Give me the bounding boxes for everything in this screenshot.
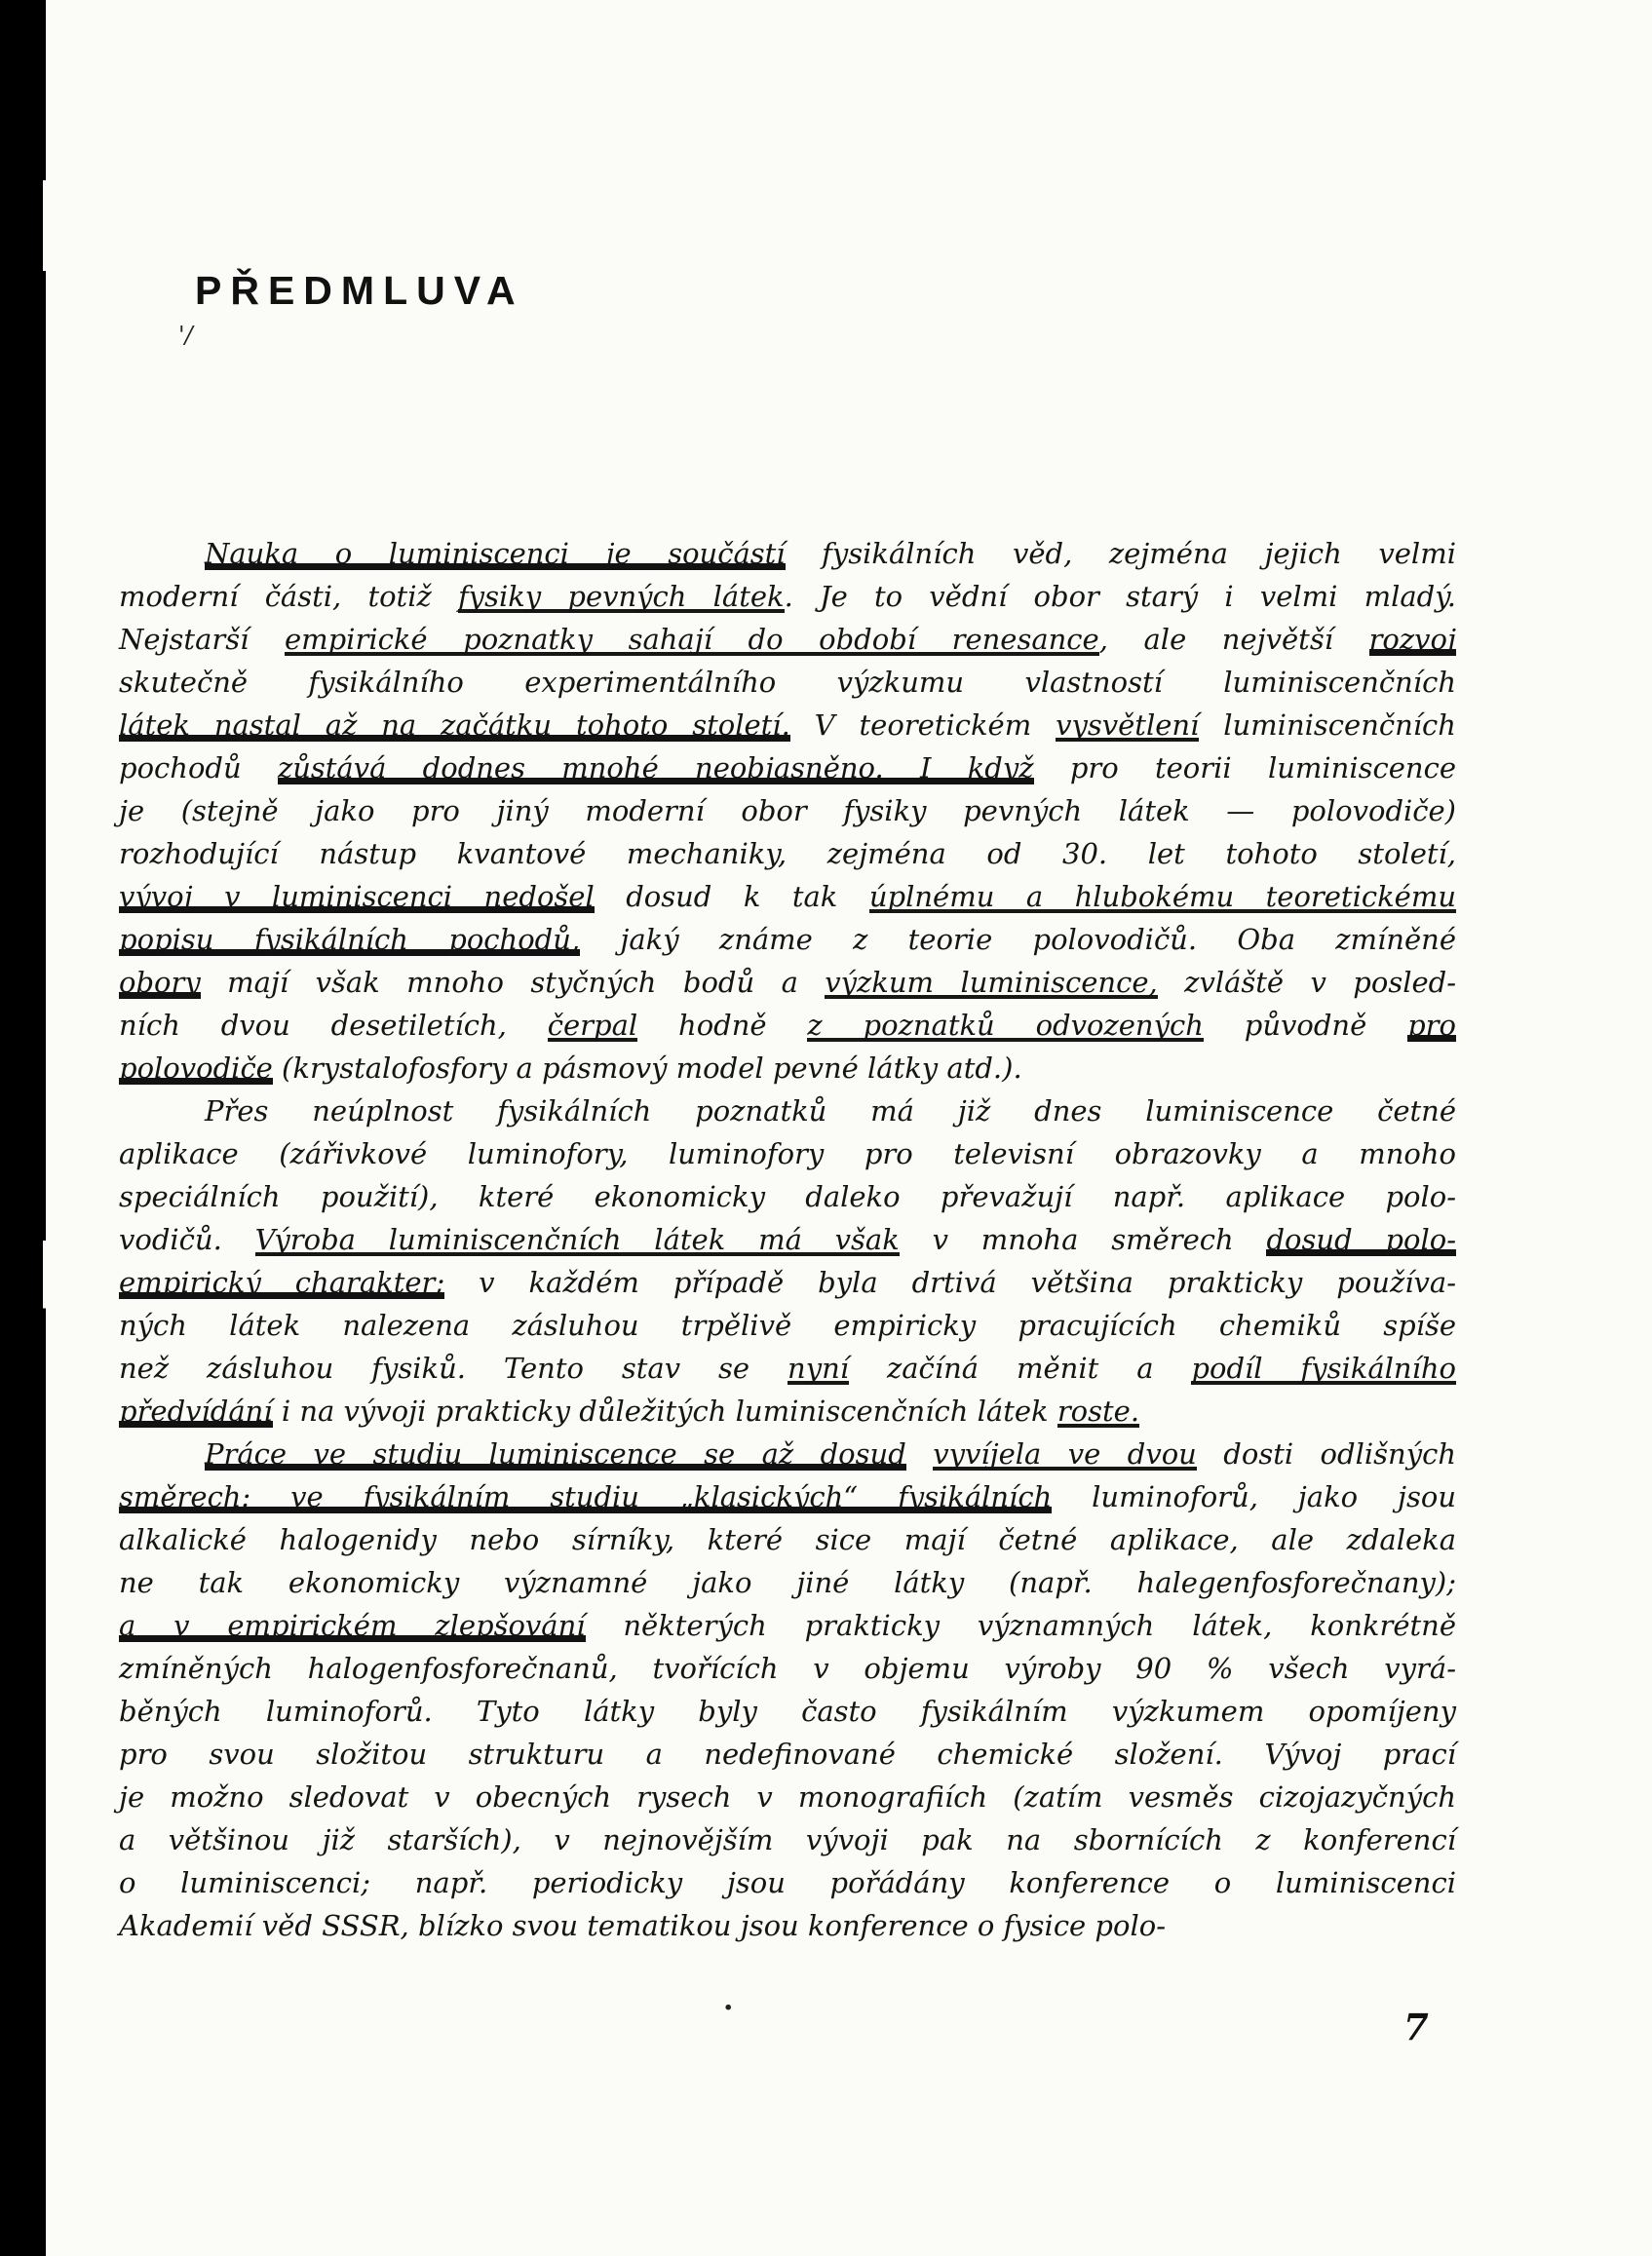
underlined-phrase: předvídání <box>119 1395 273 1428</box>
text-segment: ne tak ekonomicky významné jako jiné lát… <box>119 1566 1456 1599</box>
text-line: směrech: ve fysikálním studiu „klasickýc… <box>119 1475 1456 1518</box>
text-segment: V teoretickém <box>790 708 1056 742</box>
underlined-phrase: popisu fysikálních pochodů, <box>119 923 580 956</box>
underlined-phrase: empirické poznatky sahají do období rene… <box>285 623 1099 656</box>
text-line: je (stejně jako pro jiný moderní obor fy… <box>119 789 1456 832</box>
text-segment: pro svou složitou strukturu a nedefinova… <box>119 1738 1456 1771</box>
text-segment: , ale největší <box>1099 623 1369 656</box>
text-line: alkalické halogenidy nebo sírníky, které… <box>119 1518 1456 1561</box>
text-line: pro svou složitou strukturu a nedefinova… <box>119 1733 1456 1776</box>
text-line: a v empirickém zlepšování některých prak… <box>119 1604 1456 1647</box>
underlined-phrase: roste. <box>1057 1395 1139 1428</box>
text-line: Nejstarší empirické poznatky sahají do o… <box>119 618 1456 661</box>
underlined-phrase: rozvoj <box>1369 623 1456 656</box>
text-segment: pro teorii luminiscence <box>1034 751 1456 784</box>
text-segment: (krystalofosfory a pásmový model pevné l… <box>273 1052 1022 1085</box>
underlined-phrase: vývoj v luminiscenci nedošel <box>119 880 595 913</box>
text-line: speciálních použití), které ekonomicky d… <box>119 1175 1456 1218</box>
text-segment: Přes neúplnost fysikálních poznatků má j… <box>205 1094 1456 1128</box>
text-line: Přes neúplnost fysikálních poznatků má j… <box>119 1090 1456 1132</box>
text-segment: mají však mnoho styčných bodů a <box>201 966 826 999</box>
text-segment: zvláště v posled- <box>1158 966 1456 999</box>
text-segment: skutečně fysikálního experimentálního vý… <box>119 666 1456 699</box>
text-line: zmíněných halogenfosforečnanů, tvořících… <box>119 1647 1456 1690</box>
text-line: moderní části, totiž fysiky pevných láte… <box>119 575 1456 618</box>
text-segment: je (stejně jako pro jiný moderní obor fy… <box>119 794 1456 827</box>
text-segment: speciálních použití), které ekonomicky d… <box>119 1180 1456 1213</box>
text-line: rozhodující nástup kvantové mechaniky, z… <box>119 832 1456 875</box>
text-segment: hodně <box>637 1009 807 1042</box>
underlined-phrase: zůstává dodnes mnohé neobjasněno. I když <box>278 751 1034 784</box>
body-text: Nauka o luminiscenci je součástí fysikál… <box>119 532 1456 1947</box>
text-segment: jaký známe z teorie polovodičů. Oba zmín… <box>580 923 1456 956</box>
paragraph: Práce ve studiu luminiscence se až dosud… <box>119 1433 1456 1947</box>
underlined-phrase: vyvíjela ve dvou <box>933 1437 1197 1471</box>
text-line: popisu fysikálních pochodů, jaký známe z… <box>119 918 1456 961</box>
text-segment: rozhodující nástup kvantové mechaniky, z… <box>119 837 1456 870</box>
text-segment: pochodů <box>119 751 278 784</box>
text-segment: a většinou již starších), v nejnovějším … <box>119 1823 1456 1856</box>
underlined-phrase: výzkum luminiscence, <box>825 966 1157 999</box>
text-line: než zásluhou fysiků. Tento stav se nyní … <box>119 1347 1456 1390</box>
text-segment: moderní části, totiž <box>119 580 458 613</box>
page-title: PŘEDMLUVA <box>195 268 524 314</box>
text-line: o luminiscenci; např. periodicky jsou po… <box>119 1861 1456 1904</box>
text-segment: luminiscenčních <box>1199 708 1456 742</box>
page-number: 7 <box>1403 2006 1429 2048</box>
underlined-phrase: fysiky pevných látek <box>458 580 785 613</box>
underlined-phrase: z poznatků odvozených <box>807 1009 1203 1042</box>
underlined-phrase: vysvětlení <box>1056 708 1199 742</box>
text-segment: než zásluhou fysiků. Tento stav se <box>119 1352 788 1385</box>
text-segment: Nejstarší <box>119 623 285 656</box>
text-segment: některých prakticky významných látek, ko… <box>586 1609 1456 1642</box>
paragraph: Přes neúplnost fysikálních poznatků má j… <box>119 1090 1456 1433</box>
text-segment: alkalické halogenidy nebo sírníky, které… <box>119 1523 1456 1556</box>
text-line: ne tak ekonomicky významné jako jiné lát… <box>119 1561 1456 1604</box>
text-line: vodičů. Výroba luminiscenčních látek má … <box>119 1218 1456 1261</box>
text-segment: původně <box>1204 1009 1407 1042</box>
underlined-phrase: čerpal <box>548 1009 637 1042</box>
scanned-book-page: PŘEDMLUVA '/ Nauka o luminiscenci je sou… <box>0 0 1652 2256</box>
text-segment: fysikálních věd, zejména jejich velmi <box>786 537 1456 570</box>
text-line: obory mají však mnoho styčných bodů a vý… <box>119 961 1456 1004</box>
footer-dot: . <box>723 1983 733 2017</box>
underlined-phrase: polovodiče <box>119 1052 273 1085</box>
text-line: ných látek nalezena zásluhou trpělivě em… <box>119 1304 1456 1347</box>
text-segment <box>906 1437 933 1471</box>
underlined-phrase: nyní <box>788 1352 849 1385</box>
underlined-phrase: úplnému a hlubokému teoretickému <box>869 880 1456 913</box>
text-segment: ných látek nalezena zásluhou trpělivě em… <box>119 1309 1456 1342</box>
text-segment: běných luminoforů. Tyto látky byly často… <box>119 1695 1456 1728</box>
text-segment: aplikace (zářivkové luminofory, luminofo… <box>119 1137 1456 1170</box>
text-line: empirický charakter; v každém případě by… <box>119 1261 1456 1304</box>
underlined-phrase: a v empirickém zlepšování <box>119 1609 586 1642</box>
underlined-phrase: dosud polo- <box>1266 1223 1456 1256</box>
text-line: látek nastal až na začátku tohoto stolet… <box>119 704 1456 746</box>
text-segment: o luminiscenci; např. periodicky jsou po… <box>119 1866 1456 1899</box>
text-line: Nauka o luminiscenci je součástí fysikál… <box>119 532 1456 575</box>
scan-edge-artifact <box>0 0 43 2256</box>
text-line: skutečně fysikálního experimentálního vý… <box>119 661 1456 704</box>
underlined-phrase: obory <box>119 966 201 999</box>
text-line: vývoj v luminiscenci nedošel dosud k tak… <box>119 875 1456 918</box>
text-line: Akademií věd SSSR, blízko svou tematikou… <box>119 1904 1456 1947</box>
text-segment: luminoforů, jako jsou <box>1052 1480 1456 1513</box>
text-segment: dosti odlišných <box>1197 1437 1456 1471</box>
text-line: ních dvou desetiletích, čerpal hodně z p… <box>119 1004 1456 1047</box>
text-segment: vodičů. <box>119 1223 255 1256</box>
text-segment: zmíněných halogenfosforečnanů, tvořících… <box>119 1652 1456 1685</box>
text-segment: v mnoha směrech <box>900 1223 1267 1256</box>
text-line: a většinou již starších), v nejnovějším … <box>119 1818 1456 1861</box>
text-line: pochodů zůstává dodnes mnohé neobjasněno… <box>119 746 1456 789</box>
underlined-phrase: Nauka o luminiscenci je součástí <box>205 537 786 570</box>
text-line: polovodiče (krystalofosfory a pásmový mo… <box>119 1047 1456 1090</box>
text-segment: v každém případě byla drtivá většina pra… <box>444 1266 1456 1299</box>
text-line: aplikace (zářivkové luminofory, luminofo… <box>119 1132 1456 1175</box>
text-line: běných luminoforů. Tyto látky byly často… <box>119 1690 1456 1733</box>
underlined-phrase: směrech: ve fysikálním studiu „klasickýc… <box>119 1480 1052 1513</box>
text-segment: Akademií věd SSSR, blízko svou tematikou… <box>119 1909 1166 1942</box>
text-line: je možno sledovat v obecných rysech v mo… <box>119 1776 1456 1818</box>
text-segment: dosud k tak <box>595 880 869 913</box>
text-line: předvídání i na vývoji prakticky důležit… <box>119 1390 1456 1433</box>
underlined-phrase: Výroba luminiscenčních látek má však <box>255 1223 900 1256</box>
pen-mark: '/ <box>178 322 193 349</box>
text-segment: . Je to vědní obor starý i velmi mladý. <box>785 580 1456 613</box>
underlined-phrase: pro <box>1407 1009 1456 1042</box>
underlined-phrase: Práce ve studiu luminiscence se až dosud <box>205 1437 906 1471</box>
text-segment: ních dvou desetiletích, <box>119 1009 548 1042</box>
text-segment: je možno sledovat v obecných rysech v mo… <box>119 1780 1456 1814</box>
underlined-phrase: látek nastal až na začátku tohoto stolet… <box>119 708 790 742</box>
paragraph: Nauka o luminiscenci je součástí fysikál… <box>119 532 1456 1090</box>
underlined-phrase: podíl fysikálního <box>1191 1352 1456 1385</box>
underlined-phrase: empirický charakter; <box>119 1266 444 1299</box>
text-line: Práce ve studiu luminiscence se až dosud… <box>119 1433 1456 1475</box>
text-segment: i na vývoji prakticky důležitých luminis… <box>273 1395 1057 1428</box>
text-segment: začíná měnit a <box>849 1352 1191 1385</box>
